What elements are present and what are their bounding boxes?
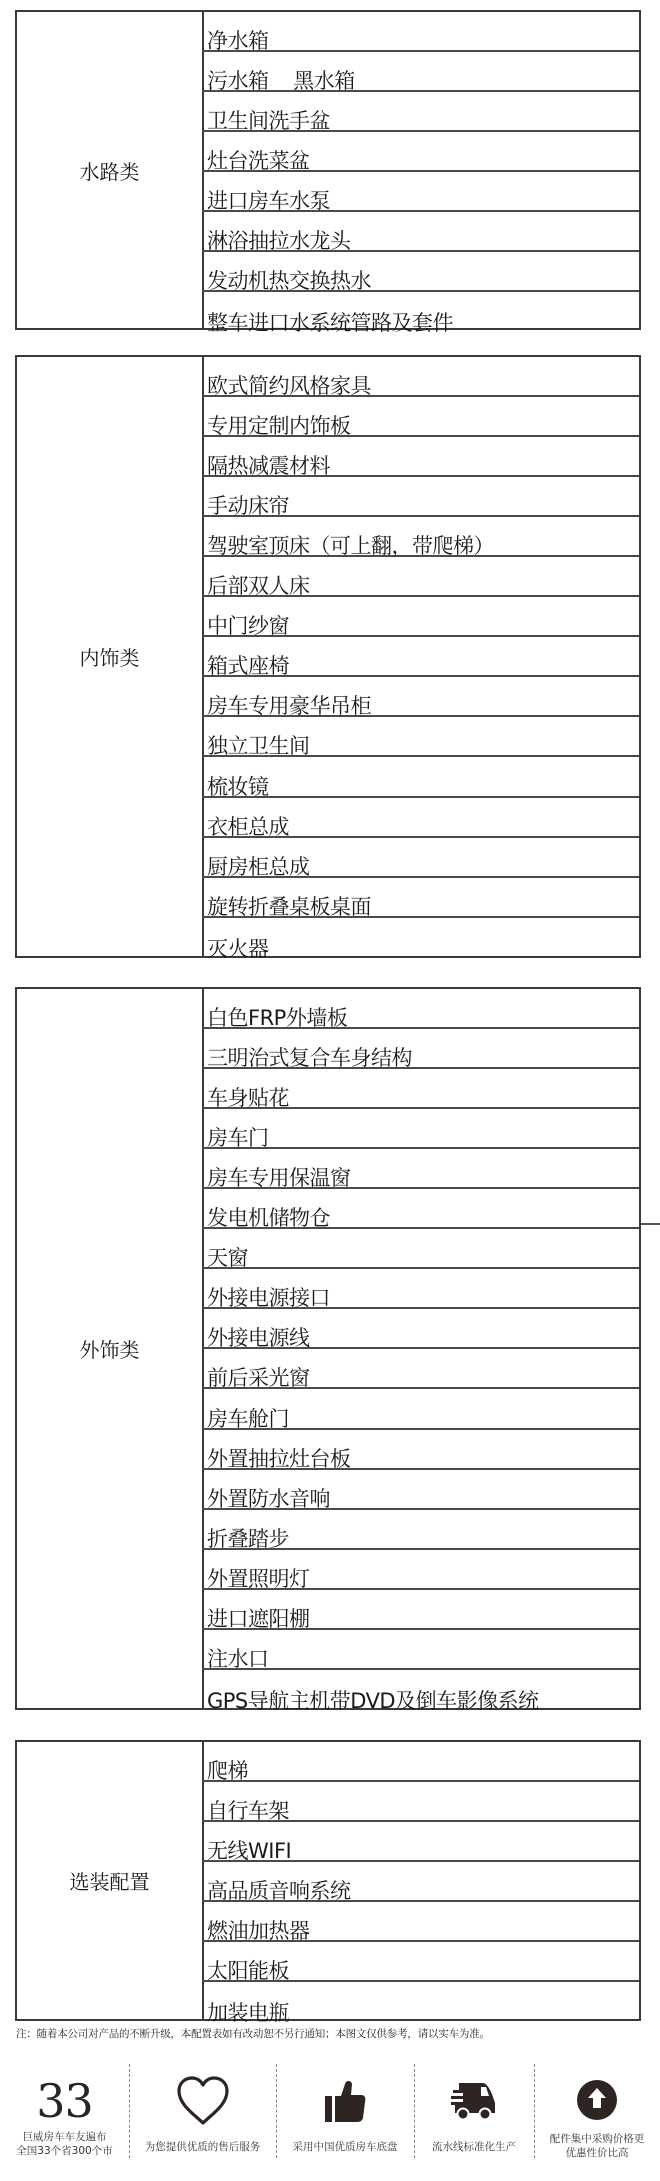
category-label: 选装配置 xyxy=(17,1742,204,2019)
list-item: 淋浴抽拉水龙头 xyxy=(202,212,639,252)
number-33: 33 xyxy=(36,2072,93,2130)
item-label: 独立卫生间 xyxy=(207,736,310,757)
list-item: 整车进口水系统管路及套件 xyxy=(202,292,639,332)
feature-text: 全国33个省300个市 xyxy=(16,2144,112,2158)
feature-service: 为您提供优质的售后服务 xyxy=(129,2060,276,2160)
config-table-interior: 内饰类 欧式简约风格家具 专用定制内饰板 隔热减震材料 手动床帘 驾驶室顶床（可… xyxy=(15,355,641,958)
list-item: 进口遮阳棚 xyxy=(202,1590,639,1630)
list-item: 高品质音响系统 xyxy=(202,1862,639,1902)
item-label: 折叠踏步 xyxy=(207,1529,289,1550)
list-item: 车身贴花 xyxy=(202,1069,639,1109)
item-label: 外接电源接口 xyxy=(207,1288,330,1309)
list-item: 房车专用豪华吊柜 xyxy=(202,677,639,717)
feature-procurement: 配件集中采购价格更 优惠性价比高 xyxy=(534,2060,660,2160)
list-item: 专用定制内饰板 xyxy=(202,397,639,437)
category-label: 外饰类 xyxy=(17,989,204,1708)
item-label: 三明治式复合车身结构 xyxy=(207,1048,412,1069)
item-label: 房车专用保温窗 xyxy=(207,1168,351,1189)
feature-coverage: 33 巨威房车车友遍布 全国33个省300个市 xyxy=(0,2060,129,2160)
item-label: 燃油加热器 xyxy=(207,1921,310,1942)
list-item: 房车专用保温窗 xyxy=(202,1149,639,1189)
feature-text: 优惠性价比高 xyxy=(566,2146,629,2160)
list-item: 外接电源接口 xyxy=(202,1269,639,1309)
item-label: 欧式简约风格家具 xyxy=(207,376,371,397)
feature-text: 流水线标准化生产 xyxy=(432,2140,516,2154)
list-item: 注水口 xyxy=(202,1630,639,1670)
item-list: 白色FRP外墙板 三明治式复合车身结构 车身贴花 房车门 房车专用保温窗 发电机… xyxy=(202,989,639,1708)
list-item: 外置防水音响 xyxy=(202,1470,639,1510)
delivery-truck-icon xyxy=(449,2072,499,2130)
list-item: 梳妆镜 xyxy=(202,757,639,797)
item-label: 无线WIFI xyxy=(207,1841,291,1862)
item-label: 净水箱 xyxy=(207,31,269,52)
list-item: 隔热减震材料 xyxy=(202,437,639,477)
category-label: 内饰类 xyxy=(17,357,204,956)
list-item: 发电机储物仓 xyxy=(202,1189,639,1229)
list-item: 箱式座椅 xyxy=(202,637,639,677)
item-label: 自行车架 xyxy=(207,1801,289,1822)
list-item: 白色FRP外墙板 xyxy=(202,989,639,1029)
item-label: 外接电源线 xyxy=(207,1328,310,1349)
item-label: 外置防水音响 xyxy=(207,1489,330,1510)
item-label: 隔热减震材料 xyxy=(207,456,330,477)
big-number: 33 xyxy=(36,2072,93,2130)
feature-production: 流水线标准化生产 xyxy=(414,2060,534,2160)
up-arrow-circle-icon xyxy=(575,2072,619,2128)
item-label: 车身贴花 xyxy=(207,1088,289,1109)
feature-text: 采用中国优质房车底盘 xyxy=(293,2140,398,2154)
item-label: 驾驶室顶床（可上翻，带爬梯） xyxy=(207,536,494,557)
item-list: 净水箱 污水箱 黑水箱 卫生间洗手盆 灶台洗菜盆 进口房车水泵 淋浴抽拉水龙头 … xyxy=(202,12,639,328)
list-item: 厨房柜总成 xyxy=(202,838,639,878)
item-label: 外置抽拉灶台板 xyxy=(207,1449,351,1470)
feature-chassis: 采用中国优质房车底盘 xyxy=(276,2060,414,2160)
item-label: 进口遮阳棚 xyxy=(207,1609,310,1630)
config-table-water: 水路类 净水箱 污水箱 黑水箱 卫生间洗手盆 灶台洗菜盆 进口房车水泵 淋浴抽拉… xyxy=(15,10,641,330)
divider-line xyxy=(641,1223,660,1225)
item-label: 爬梯 xyxy=(207,1761,248,1782)
list-item: 卫生间洗手盆 xyxy=(202,92,639,132)
item-label: 天窗 xyxy=(207,1248,248,1269)
list-item: 后部双人床 xyxy=(202,557,639,597)
item-label: 整车进口水系统管路及套件 xyxy=(207,313,453,334)
item-label: 污水箱 黑水箱 xyxy=(207,71,355,92)
list-item: 污水箱 黑水箱 xyxy=(202,52,639,92)
item-label: 注水口 xyxy=(207,1649,269,1670)
list-item: 燃油加热器 xyxy=(202,1902,639,1942)
list-item: 加装电瓶 xyxy=(202,1982,639,2022)
item-label: 房车专用豪华吊柜 xyxy=(207,696,371,717)
item-label: 白色FRP外墙板 xyxy=(207,1008,347,1029)
list-item: 天窗 xyxy=(202,1229,639,1269)
list-item: 净水箱 xyxy=(202,12,639,52)
item-label: 房车舱门 xyxy=(207,1409,289,1430)
list-item: 爬梯 xyxy=(202,1742,639,1782)
item-label: 灶台洗菜盆 xyxy=(207,151,310,172)
item-label: 卫生间洗手盆 xyxy=(207,111,330,132)
item-label: 旋转折叠桌板桌面 xyxy=(207,897,371,918)
list-item: 灶台洗菜盆 xyxy=(202,132,639,172)
category-label: 水路类 xyxy=(17,12,204,328)
feature-text: 配件集中采购价格更 xyxy=(550,2132,645,2146)
item-label: 中门纱窗 xyxy=(207,616,289,637)
item-label: 高品质音响系统 xyxy=(207,1881,351,1902)
list-item: 三明治式复合车身结构 xyxy=(202,1029,639,1069)
item-label: 灭火器 xyxy=(207,939,269,960)
list-item: 手动床帘 xyxy=(202,477,639,517)
item-label: 发电机储物仓 xyxy=(207,1208,330,1229)
item-list: 爬梯 自行车架 无线WIFI 高品质音响系统 燃油加热器 太阳能板 加装电瓶 xyxy=(202,1742,639,2019)
list-item: 房车舱门 xyxy=(202,1389,639,1429)
list-item: 灭火器 xyxy=(202,918,639,958)
list-item: GPS导航主机带DVD及倒车影像系统 xyxy=(202,1670,639,1710)
item-label: 太阳能板 xyxy=(207,1961,289,1982)
item-label: 前后采光窗 xyxy=(207,1368,310,1389)
item-label: 进口房车水泵 xyxy=(207,191,330,212)
list-item: 中门纱窗 xyxy=(202,597,639,637)
thumbs-up-icon xyxy=(323,2072,367,2130)
list-item: 太阳能板 xyxy=(202,1942,639,1982)
feature-strip: 33 巨威房车车友遍布 全国33个省300个市 为您提供优质的售后服务 采用中国… xyxy=(0,2060,660,2170)
config-table-optional: 选装配置 爬梯 自行车架 无线WIFI 高品质音响系统 燃油加热器 太阳能板 加… xyxy=(15,1740,641,2021)
heart-icon xyxy=(175,2072,231,2130)
list-item: 欧式简约风格家具 xyxy=(202,357,639,397)
list-item: 发动机热交换热水 xyxy=(202,252,639,292)
disclaimer-note: 注：随着本公司对产品的不断升级，本配置表如有改动恕不另行通知；本图文仅供参考，请… xyxy=(16,2026,490,2041)
item-label: 外置照明灯 xyxy=(207,1569,310,1590)
list-item: 旋转折叠桌板桌面 xyxy=(202,878,639,918)
item-label: 加装电瓶 xyxy=(207,2003,289,2024)
list-item: 独立卫生间 xyxy=(202,717,639,757)
list-item: 衣柜总成 xyxy=(202,798,639,838)
list-item: 自行车架 xyxy=(202,1782,639,1822)
list-item: 无线WIFI xyxy=(202,1822,639,1862)
list-item: 外接电源线 xyxy=(202,1309,639,1349)
item-label: 发动机热交换热水 xyxy=(207,271,371,292)
item-label: 专用定制内饰板 xyxy=(207,416,351,437)
feature-text: 巨威房车车友遍布 xyxy=(23,2130,107,2144)
list-item: 房车门 xyxy=(202,1109,639,1149)
config-table-exterior: 外饰类 白色FRP外墙板 三明治式复合车身结构 车身贴花 房车门 房车专用保温窗… xyxy=(15,987,641,1710)
item-list: 欧式简约风格家具 专用定制内饰板 隔热减震材料 手动床帘 驾驶室顶床（可上翻，带… xyxy=(202,357,639,956)
item-label: 手动床帘 xyxy=(207,496,289,517)
list-item: 进口房车水泵 xyxy=(202,172,639,212)
item-label: 箱式座椅 xyxy=(207,656,289,677)
item-label: 梳妆镜 xyxy=(207,777,269,798)
feature-text: 为您提供优质的售后服务 xyxy=(145,2140,261,2154)
list-item: 折叠踏步 xyxy=(202,1510,639,1550)
item-label: 后部双人床 xyxy=(207,576,310,597)
item-label: 淋浴抽拉水龙头 xyxy=(207,231,351,252)
item-label: 厨房柜总成 xyxy=(207,857,310,878)
list-item: 驾驶室顶床（可上翻，带爬梯） xyxy=(202,517,639,557)
item-label: 衣柜总成 xyxy=(207,817,289,838)
item-label: GPS导航主机带DVD及倒车影像系统 xyxy=(207,1691,539,1712)
list-item: 前后采光窗 xyxy=(202,1349,639,1389)
list-item: 外置照明灯 xyxy=(202,1550,639,1590)
list-item: 外置抽拉灶台板 xyxy=(202,1430,639,1470)
item-label: 房车门 xyxy=(207,1128,269,1149)
